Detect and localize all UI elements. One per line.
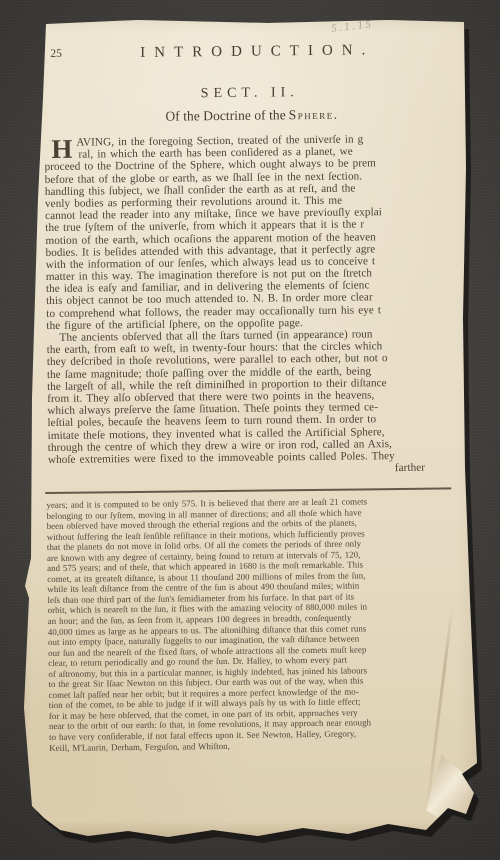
torn-page: 5.1.15 25 INTRODUCTION. SECT. II. Of the…	[18, 18, 480, 842]
footnote-rule	[45, 487, 451, 493]
photo-scene: 5.1.15 25 INTRODUCTION. SECT. II. Of the…	[0, 0, 500, 860]
paragraph-1: AVING, in the foregoing Section, treated…	[44, 133, 423, 332]
subtitle-text: Of the Doctrine of the	[165, 107, 285, 123]
paragraph-2: The ancients obſerved that all the ſtars…	[46, 328, 424, 466]
subtitle-smallcaps-word: Sphere.	[289, 107, 339, 123]
section-subtitle: Of the Doctrine of theSphere.	[14, 105, 476, 126]
running-title: INTRODUCTION.	[13, 41, 475, 63]
section-heading: SECT. II.	[14, 83, 476, 104]
footnote: years; and it is computed to be only 575…	[46, 496, 447, 754]
page-content: 5.1.15 25 INTRODUCTION. SECT. II. Of the…	[13, 13, 484, 842]
